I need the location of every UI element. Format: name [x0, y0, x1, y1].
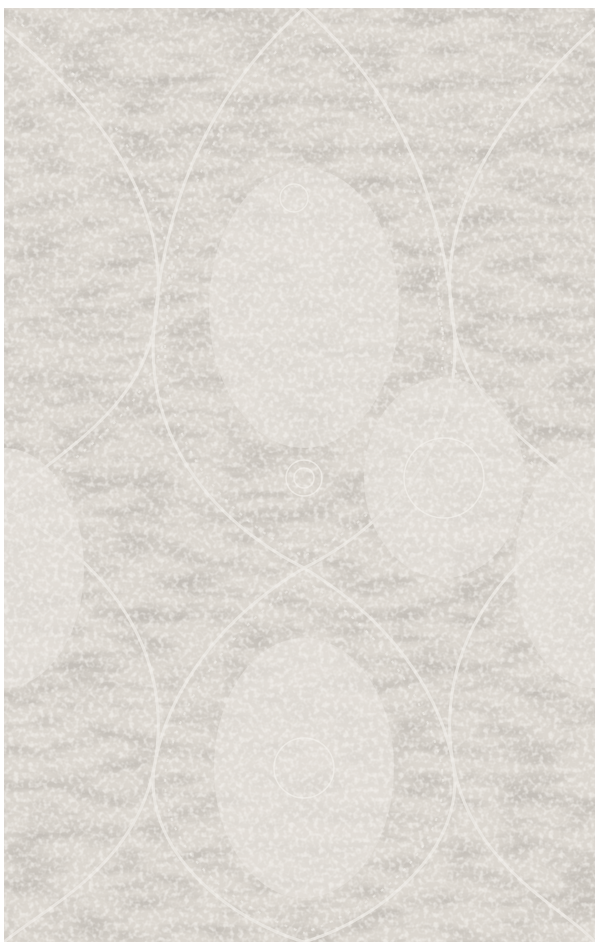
rug-pattern — [4, 8, 595, 942]
rug-image — [4, 8, 595, 942]
